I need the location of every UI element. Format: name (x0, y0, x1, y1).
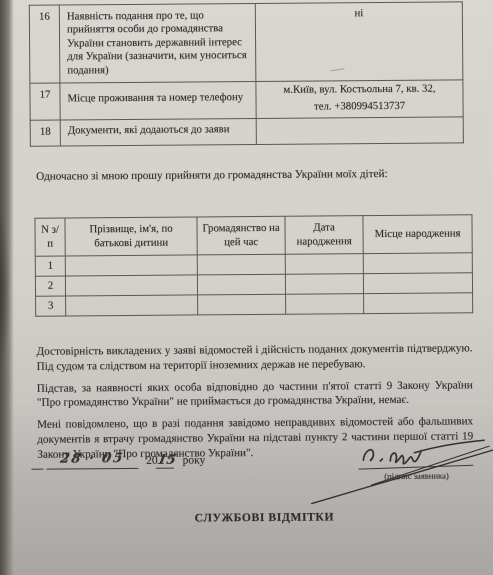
children-table: N з/п Прізвище, ім'я, по батькові дитини… (34, 214, 473, 316)
table-row-16: 16 Наявність подання про те, що прийнятт… (29, 2, 463, 83)
handwritten-day-month: 28 · 05 (59, 451, 125, 467)
col-header-name: Прізвище, ім'я, по батькові дитини (65, 217, 197, 256)
children-intro-text: Одночасно зі мною прошу прийняти до гром… (36, 167, 476, 182)
col-header-number: N з/п (35, 218, 65, 256)
date-underline: 28 · 05 (46, 451, 138, 470)
cell-citizenship (198, 294, 286, 315)
cell-citizenship (197, 274, 285, 295)
application-details-table: 16 Наявність подання про те, що прийнятт… (29, 1, 464, 146)
document-content: 16 Наявність подання про те, що прийнятт… (12, 0, 493, 575)
scanned-document-page: 16 Наявність подання про те, що прийнятт… (0, 0, 493, 575)
date-line: 28 · 05 2015 року (31, 450, 205, 475)
cell-birth-date (286, 294, 364, 315)
year-word: року (183, 454, 206, 466)
date-underline-lead (31, 455, 43, 470)
row-label: Наявність подання про те, що прийняття о… (59, 3, 256, 83)
row-value: м.Київ, вул. Костьольна 7, кв. 32, тел. … (256, 80, 463, 119)
address-line: м.Київ, вул. Костьольна 7, кв. 32, (260, 80, 458, 99)
row-number: 3 (36, 296, 66, 316)
cell-birth-place (363, 273, 472, 294)
col-header-birth-place: Місце народження (363, 215, 472, 254)
declaration-no-grounds: Підстав, за наявності яких особа відпові… (37, 378, 473, 411)
col-header-birth-date: Дата народження (285, 216, 363, 255)
signature-block: (підпис заявника) (303, 432, 493, 514)
row-label: Документи, які додаються до заяви (60, 118, 256, 146)
cell-citizenship (197, 254, 285, 275)
cell-name (65, 255, 197, 276)
table-row-17: 17 Місце проживання та номер телефону м.… (30, 80, 463, 120)
cell-birth-date (285, 274, 363, 295)
signature-stroke (363, 449, 421, 464)
signature-graphic: (підпис заявника) (303, 432, 493, 514)
declaration-truthfulness: Достовірність викладених у заяві відомос… (36, 341, 472, 374)
row-number: 16 (29, 5, 60, 83)
row-label: Місце проживання та номер телефону (60, 81, 256, 120)
row-value (256, 117, 463, 145)
cell-birth-place (364, 293, 473, 314)
cell-name (66, 295, 198, 316)
row-number: 2 (35, 276, 65, 296)
row-number: 17 (30, 83, 60, 120)
phone-line: тел. +380994513737 (261, 97, 459, 116)
table-row: 3 (36, 293, 473, 316)
row-number: 1 (35, 256, 65, 276)
scan-shadow-blotch (0, 210, 10, 370)
handwritten-year: 15 (156, 453, 177, 469)
row-number: 18 (30, 120, 60, 146)
col-header-citizenship: Громадянство на цей час (197, 216, 285, 255)
cell-name (65, 275, 197, 296)
cell-birth-place (363, 253, 472, 274)
signature-cross-stroke-long (311, 449, 493, 503)
signature-line (358, 465, 473, 469)
table-row-18: 18 Документи, які додаються до заяви (30, 117, 463, 146)
cell-birth-date (285, 254, 363, 275)
official-marks-heading: СЛУЖБОВІ ВІДМІТКИ (16, 509, 493, 526)
children-table-header-row: N з/п Прізвище, ім'я, по батькові дитини… (35, 215, 472, 256)
row-value: ні (255, 2, 463, 82)
